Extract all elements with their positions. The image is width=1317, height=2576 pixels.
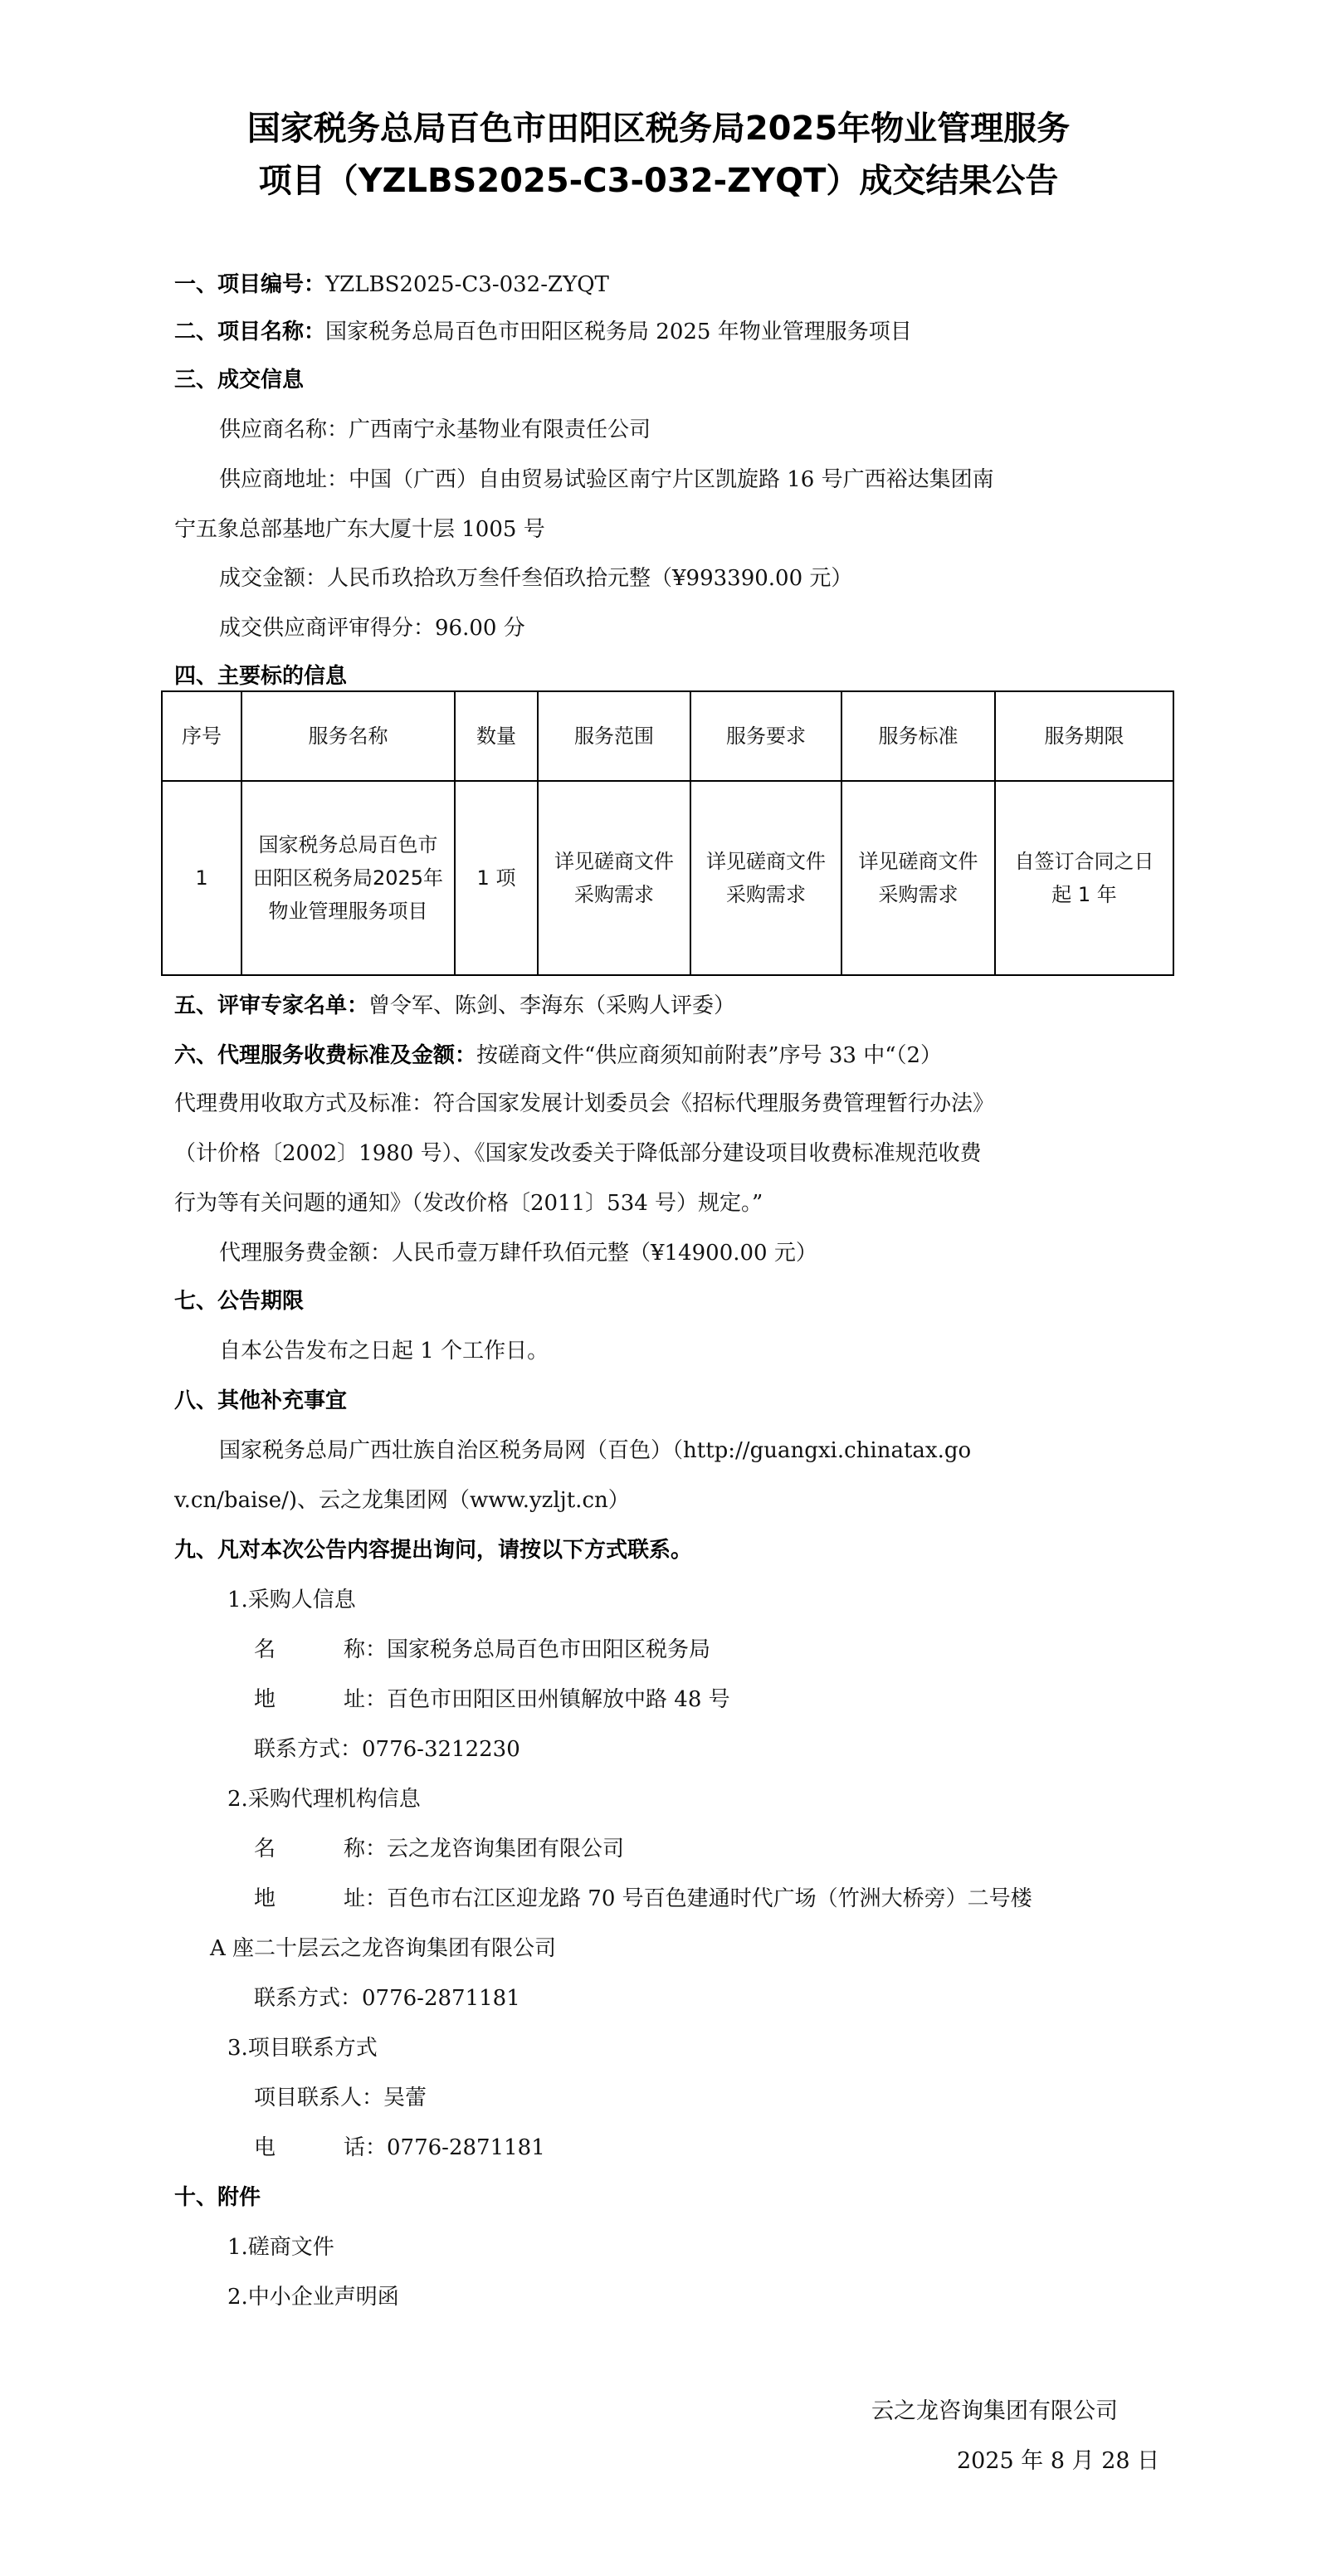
column-header: 序号 [162,691,241,781]
field-label: 址： [344,1687,387,1712]
supplier-score: 成交供应商评审得分：96.00 分 [219,615,525,642]
deal-amount: 成交金额：人民币玖拾玖万叁仟叁佰玖拾元整（¥993390.00 元） [219,565,852,592]
project-number: YZLBS2025-C3-032-ZYQT [325,272,609,297]
column-header: 服务标准 [841,691,995,781]
purchaser-address-value: 百色市田阳区田州镇解放中路 48 号 [387,1687,730,1712]
agency-address-line-2: A 座二十层云之龙咨询集团有限公司 [210,1935,556,1962]
section-heading-main-items: 四、主要标的信息 [174,663,347,690]
agency-fee-text-line-2: 代理费用收取方式及标准：符合国家发展计划委员会《招标代理服务费管理暂行办法》 [174,1090,994,1117]
agency-fee-text: 按磋商文件“供应商须知前附表”序号 33 中“（2） [476,1043,942,1068]
doc-title-line-1: 国家税务总局百色市田阳区税务局2025年物业管理服务 [0,103,1317,154]
agency-fee-amount: 代理服务费金额：人民币壹万肆仟玖佰元整（¥14900.00 元） [219,1240,817,1266]
purchaser-name: 名称：国家税务总局百色市田阳区税务局 [254,1637,710,1663]
agency-name-value: 云之龙咨询集团有限公司 [387,1837,624,1861]
agency-fee-text-line-4: 行为等有关问题的通知》（发改价格〔2011〕534 号）规定。” [174,1190,763,1217]
table-row: 1 国家税务总局百色市田阳区税务局2025年物业管理服务项目 1 项 详见磋商文… [162,781,1173,975]
purchaser-name-value: 国家税务总局百色市田阳区税务局 [387,1637,710,1662]
table-header-row: 序号 服务名称 数量 服务范围 服务要求 服务标准 服务期限 [162,691,1173,781]
section-heading-other-matters: 八、其他补充事宜 [174,1388,347,1414]
table-cell: 1 [162,781,241,975]
table-cell: 1 项 [455,781,538,975]
main-items-table: 序号 服务名称 数量 服务范围 服务要求 服务标准 服务期限 1 国家税务总局百… [161,690,1174,976]
section-label: 五、评审专家名单： [174,993,368,1018]
section-heading-attachments: 十、附件 [174,2184,261,2211]
supplier-address-line-1: 供应商地址：中国（广西）自由贸易试验区南宁片区凯旋路 16 号广西裕达集团南 [219,466,994,493]
section-label: 二、项目名称： [174,320,325,344]
project-phone-value: 0776-2871181 [387,2135,545,2160]
field-label: 地 [254,1686,344,1713]
field-label: 话： [344,2135,387,2160]
purchaser-heading: 1.采购人信息 [227,1587,356,1613]
section-heading-deal-info: 三、成交信息 [174,367,304,393]
agency-address-value: 百色市右江区迎龙路 70 号百色建通时代广场（竹洲大桥旁）二号楼 [387,1886,1032,1911]
signature-company: 云之龙咨询集团有限公司 [871,2398,1118,2425]
project-name: 国家税务总局百色市田阳区税务局 2025 年物业管理服务项目 [325,320,912,344]
field-label: 电 [254,2134,344,2161]
attachment-item[interactable]: 2.中小企业声明函 [227,2284,399,2310]
project-contact-person: 项目联系人：吴蕾 [254,2085,427,2111]
doc-title-line-2: 项目（YZLBS2025-C3-032-ZYQT）成交结果公告 [0,155,1317,207]
field-label: 址： [344,1886,387,1911]
field-label: 名 [254,1637,344,1663]
agency-contact: 联系方式：0776-2871181 [254,1985,520,2012]
table-cell: 详见磋商文件采购需求 [841,781,995,975]
supplier-name: 供应商名称：广西南宁永基物业有限责任公司 [219,417,651,443]
column-header: 服务名称 [241,691,455,781]
agency-address: 地址：百色市右江区迎龙路 70 号百色建通时代广场（竹洲大桥旁）二号楼 [254,1886,1032,1912]
purchaser-address: 地址：百色市田阳区田州镇解放中路 48 号 [254,1686,730,1713]
notice-period-text: 自本公告发布之日起 1 个工作日。 [219,1338,549,1364]
section-heading-notice-period: 七、公告期限 [174,1288,304,1315]
section-label: 一、项目编号： [174,272,325,297]
table-cell: 详见磋商文件采购需求 [690,781,841,975]
table-cell: 国家税务总局百色市田阳区税务局2025年物业管理服务项目 [241,781,455,975]
column-header: 服务范围 [538,691,690,781]
section-agency-fee: 六、代理服务收费标准及金额：按磋商文件“供应商须知前附表”序号 33 中“（2） [174,1042,942,1069]
section-project-number: 一、项目编号：YZLBS2025-C3-032-ZYQT [174,271,609,298]
field-label: 地 [254,1886,344,1912]
section-project-name: 二、项目名称：国家税务总局百色市田阳区税务局 2025 年物业管理服务项目 [174,319,912,345]
field-label: 名 [254,1836,344,1862]
supplier-address-line-2: 宁五象总部基地广东大厦十层 1005 号 [174,516,545,543]
agency-heading: 2.采购代理机构信息 [227,1786,421,1812]
table-cell: 自签订合同之日起 1 年 [995,781,1173,975]
column-header: 服务要求 [690,691,841,781]
section-heading-contact: 九、凡对本次公告内容提出询问，请按以下方式联系。 [174,1537,692,1564]
other-matters-line-2: v.cn/baise/)、云之龙集团网（www.yzljt.cn） [174,1487,630,1514]
field-label: 称： [344,1637,387,1662]
purchaser-contact: 联系方式：0776-3212230 [254,1736,520,1763]
field-label: 称： [344,1837,387,1861]
table-cell: 详见磋商文件采购需求 [538,781,690,975]
column-header: 服务期限 [995,691,1173,781]
agency-fee-text-line-3: （计价格〔2002〕1980 号）、《国家发改委关于降低部分建设项目收费标准规范… [174,1140,982,1167]
section-experts: 五、评审专家名单：曾令军、陈剑、李海东（采购人评委） [174,993,735,1019]
agency-name: 名称：云之龙咨询集团有限公司 [254,1836,624,1862]
attachment-item[interactable]: 1.磋商文件 [227,2234,334,2261]
signature-date: 2025 年 8 月 28 日 [957,2448,1159,2475]
project-contact-heading: 3.项目联系方式 [227,2035,378,2061]
project-contact-phone: 电话：0776-2871181 [254,2134,545,2161]
section-label: 六、代理服务收费标准及金额： [174,1043,476,1068]
column-header: 数量 [455,691,538,781]
other-matters-line-1: 国家税务总局广西壮族自治区税务局网（百色）（http://guangxi.chi… [219,1437,971,1464]
experts-list: 曾令军、陈剑、李海东（采购人评委） [368,993,735,1018]
